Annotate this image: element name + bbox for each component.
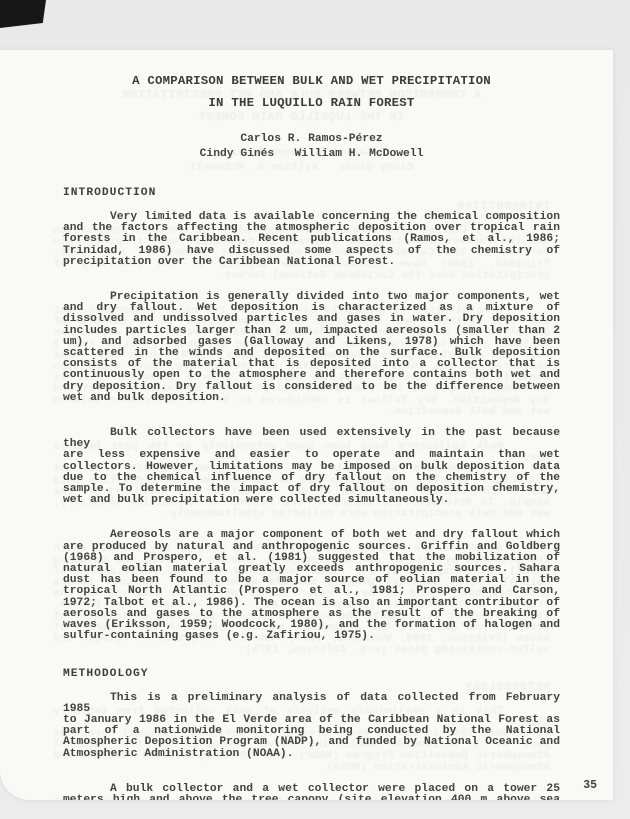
- section-heading: INTRODUCTION: [63, 187, 560, 200]
- page-content: A COMPARISON BETWEEN BULK AND WET PRECIP…: [0, 50, 613, 800]
- text-line: precipitation over the Caribbean Nationa…: [63, 257, 560, 268]
- text-line: Bulk collectors have been used extensive…: [63, 428, 560, 450]
- title-line-2: IN THE LUQUILLO RAIN FOREST: [63, 92, 560, 114]
- author-block: Carlos R. Ramos-Pérez Cindy Ginés Willia…: [63, 132, 560, 162]
- paragraph: This is a preliminary analysis of data c…: [63, 693, 560, 760]
- text-line: meters high and above the tree canopy (s…: [63, 795, 560, 800]
- text-line: sulfur-containing gases (e.g. Zafiriou, …: [63, 631, 560, 642]
- text-line: Atmospheric Deposition Program (NADP), a…: [63, 737, 560, 748]
- text-line: wet and bulk precipitation were collecte…: [63, 495, 560, 506]
- scanned-page-background: A COMPARISON BETWEEN BULK AND WET PRECIP…: [0, 0, 630, 819]
- paragraph: Precipitation is generally divided into …: [63, 292, 560, 404]
- text-line: This is a preliminary analysis of data c…: [63, 693, 560, 715]
- paper-title: A COMPARISON BETWEEN BULK AND WET PRECIP…: [63, 70, 560, 114]
- text-line: forests in the Caribbean. Recent publica…: [63, 234, 560, 245]
- page-number: 35: [583, 779, 597, 792]
- text-line: continuously open to the atmosphere and …: [63, 370, 560, 381]
- text-line: Aereosols are a major component of both …: [63, 530, 560, 541]
- paragraph: A bulk collector and a wet collector wer…: [63, 784, 560, 800]
- paragraph: Aereosols are a major component of both …: [63, 530, 560, 642]
- author-line-1: Carlos R. Ramos-Pérez: [63, 132, 560, 147]
- paragraph: Bulk collectors have been used extensive…: [63, 428, 560, 506]
- scan-corner-artifact: [0, 0, 46, 28]
- author-line-2: Cindy Ginés William H. McDowell: [63, 147, 560, 162]
- text-line: tropical North Atlantic (Prospero et al.…: [63, 586, 560, 597]
- text-line: wet and bulk deposition.: [63, 393, 560, 404]
- text-line: dissolved and undissolved particles and …: [63, 314, 560, 325]
- document-body: INTRODUCTIONVery limited data is availab…: [63, 187, 560, 800]
- section-heading: METHODOLOGY: [63, 668, 560, 681]
- text-line: are less expensive and easier to operate…: [63, 450, 560, 461]
- paragraph: Very limited data is available concernin…: [63, 212, 560, 268]
- title-line-1: A COMPARISON BETWEEN BULK AND WET PRECIP…: [63, 70, 560, 92]
- document-page: A COMPARISON BETWEEN BULK AND WET PRECIP…: [0, 50, 613, 800]
- text-line: Atmospheric Administration (NOAA).: [63, 749, 560, 760]
